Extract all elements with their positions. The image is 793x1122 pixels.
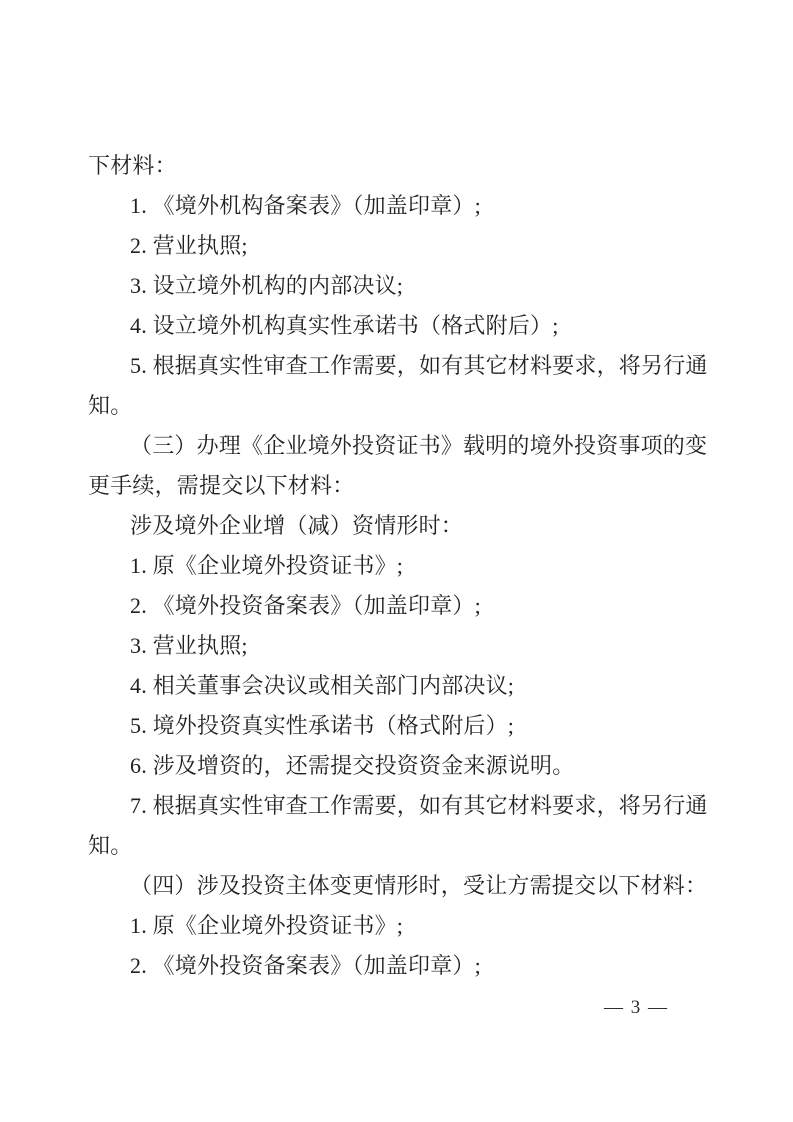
text-line: 6. 涉及增资的，还需提交投资资金来源说明。 (88, 746, 748, 786)
text-line: 涉及境外企业增（减）资情形时： (88, 506, 748, 546)
text-line: （四）涉及投资主体变更情形时，受让方需提交以下材料： (88, 866, 748, 906)
text-line: 知。 (88, 386, 748, 426)
text-line: 下材料： (88, 146, 748, 186)
text-line: 7. 根据真实性审查工作需要，如有其它材料要求，将另行通 (88, 786, 748, 826)
text-line: 2. 《境外投资备案表》（加盖印章）; (88, 586, 748, 626)
document-page: 下材料：1. 《境外机构备案表》（加盖印章）;2. 营业执照;3. 设立境外机构… (0, 0, 793, 1122)
text-line: 知。 (88, 826, 748, 866)
text-line: 1. 原《企业境外投资证书》; (88, 546, 748, 586)
text-line: 5. 根据真实性审查工作需要，如有其它材料要求，将另行通 (88, 346, 748, 386)
document-body: 下材料：1. 《境外机构备案表》（加盖印章）;2. 营业执照;3. 设立境外机构… (88, 146, 748, 986)
text-line: 4. 相关董事会决议或相关部门内部决议; (88, 666, 748, 706)
text-line: （三）办理《企业境外投资证书》载明的境外投资事项的变 (88, 426, 748, 466)
text-line: 3. 设立境外机构的内部决议; (88, 266, 748, 306)
text-line: 1. 《境外机构备案表》（加盖印章）; (88, 186, 748, 226)
text-line: 3. 营业执照; (88, 626, 748, 666)
text-line: 4. 设立境外机构真实性承诺书（格式附后）; (88, 306, 748, 346)
page-number: — 3 — (604, 997, 669, 1019)
text-line: 5. 境外投资真实性承诺书（格式附后）; (88, 706, 748, 746)
text-line: 1. 原《企业境外投资证书》; (88, 906, 748, 946)
text-line: 2. 《境外投资备案表》（加盖印章）; (88, 946, 748, 986)
text-line: 2. 营业执照; (88, 226, 748, 266)
text-line: 更手续，需提交以下材料： (88, 466, 748, 506)
